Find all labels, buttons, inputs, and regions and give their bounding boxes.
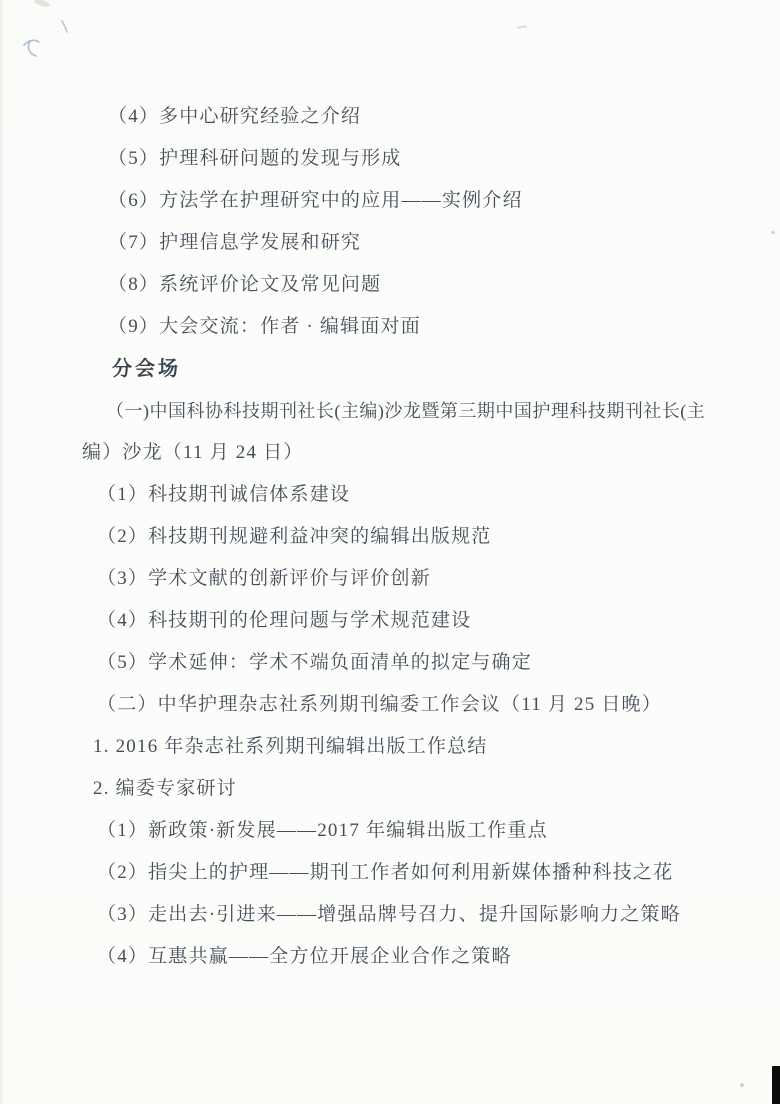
agenda-item: （7）护理信息学发展和研究 — [82, 222, 705, 264]
scan-edge-shadow — [0, 0, 4, 1104]
agenda-item: （3）走出去·引进来——增强品牌号召力、提升国际影响力之策略 — [82, 894, 705, 936]
agenda-item: （4）科技期刊的伦理问题与学术规范建设 — [82, 600, 705, 642]
agenda-item: （5）学术延伸：学术不端负面清单的拟定与确定 — [82, 642, 705, 684]
scan-artifact-bar — [772, 1066, 780, 1104]
session-title-line1: （一)中国科协科技期刊社长(主编)沙龙暨第三期中国护理科技期刊社长(主 — [82, 390, 705, 432]
agenda-item: （2）指尖上的护理——期刊工作者如何利用新媒体播种科技之花 — [82, 852, 705, 894]
scan-dash-artifact — [517, 25, 527, 28]
agenda-item: （2）科技期刊规避利益冲突的编辑出版规范 — [82, 516, 705, 558]
session-title-line2: 编）沙龙（11 月 24 日） — [82, 432, 705, 474]
page-content: （4）多中心研究经验之介绍 （5）护理科研问题的发现与形成 （6）方法学在护理研… — [82, 96, 705, 978]
agenda-item: （5）护理科研问题的发现与形成 — [82, 138, 705, 180]
scan-speck-artifact — [771, 231, 775, 234]
agenda-item: （1）新政策·新发展——2017 年编辑出版工作重点 — [82, 810, 705, 852]
agenda-item: （9）大会交流：作者 · 编辑面对面 — [82, 306, 705, 348]
pen-scribble-artifact — [0, 0, 90, 70]
scan-smudge-artifact — [33, 0, 50, 8]
agenda-item: （1）科技期刊诚信体系建设 — [82, 474, 705, 516]
agenda-item: （4）多中心研究经验之介绍 — [82, 96, 705, 138]
agenda-item: 1. 2016 年杂志社系列期刊编辑出版工作总结 — [82, 726, 705, 768]
scanned-page: （4）多中心研究经验之介绍 （5）护理科研问题的发现与形成 （6）方法学在护理研… — [0, 0, 780, 1104]
agenda-item: 2. 编委专家研讨 — [82, 768, 705, 810]
agenda-item: （8）系统评价论文及常见问题 — [82, 264, 705, 306]
agenda-item: （4）互惠共赢——全方位开展企业合作之策略 — [82, 936, 705, 978]
agenda-item: （3）学术文献的创新评价与评价创新 — [82, 558, 705, 600]
section-heading: 分会场 — [82, 348, 705, 390]
session-title: （二）中华护理杂志社系列期刊编委工作会议（11 月 25 日晚） — [82, 684, 705, 726]
scan-speck-artifact — [740, 1083, 744, 1087]
agenda-item: （6）方法学在护理研究中的应用——实例介绍 — [82, 180, 705, 222]
